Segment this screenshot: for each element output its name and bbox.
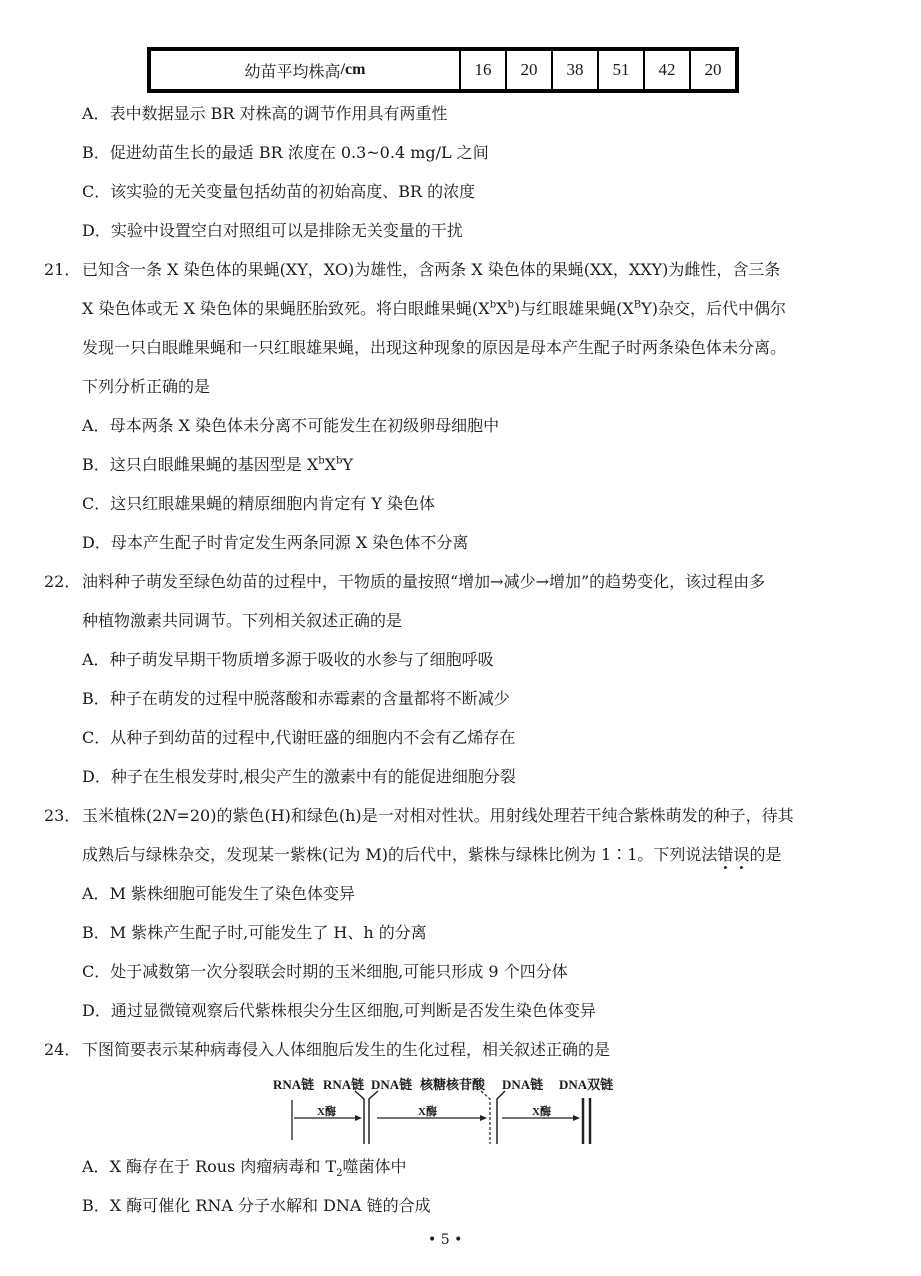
- q22-option-a: A．种子萌发早期干物质增多源于吸收的水参与了细胞呼吸: [82, 650, 494, 670]
- text: =20)的紫色(H)和绿色(h)是一对相对性状。用射线处理若干纯合紫株萌发的种子…: [176, 806, 793, 825]
- option-letter: B．: [82, 1196, 110, 1215]
- q23-stem-line1: 玉米植株(2N=20)的紫色(H)和绿色(h)是一对相对性状。用射线处理若干纯合…: [82, 806, 794, 826]
- emphasized-char: 误: [733, 845, 749, 864]
- page-number: • 5 •: [428, 1232, 462, 1248]
- option-letter: D．: [82, 533, 111, 552]
- q23-number: 23．: [44, 806, 80, 826]
- option-letter: D．: [82, 1001, 111, 1020]
- q21-option-b: B．这只白眼雌果蝇的基因型是 XbXbY: [82, 455, 353, 475]
- option-text: M 紫株细胞可能发生了染色体变异: [110, 884, 355, 903]
- text: 成熟后与绿株杂交，发现某一紫株(记为 M)的后代中，紫株与绿株比例为 1∶1。下…: [82, 845, 717, 864]
- q22-option-c: C．从种子到幼苗的过程中,代谢旺盛的细胞内不会有乙烯存在: [82, 728, 515, 748]
- plant-height-table: 幼苗平均株高/cm 16 20 38 51 42 20: [147, 47, 739, 93]
- table-label-text: 幼苗平均株高: [245, 59, 341, 82]
- q24-stem: 下图简要表示某种病毒侵入人体细胞后发生的生化过程，相关叙述正确的是: [82, 1040, 610, 1060]
- option-text: 处于减数第一次分裂联会时期的玉米细胞,可能只形成 9 个四分体: [110, 962, 567, 981]
- option-letter: A．: [82, 1157, 110, 1176]
- q22-stem-line1: 油料种子萌发至绿色幼苗的过程中，干物质的量按照“增加→减少→增加”的趋势变化，该…: [82, 572, 765, 592]
- q23-option-d: D．通过显微镜观察后代紫株根尖分生区细胞,可判断是否发生染色体变异: [82, 1001, 596, 1021]
- table-cell: 20: [505, 51, 551, 89]
- q21-option-c: C．这只红眼雄果蝇的精原细胞内肯定有 Y 染色体: [82, 494, 435, 514]
- table-cell: 42: [643, 51, 689, 89]
- option-text: X 酶可催化 RNA 分子水解和 DNA 链的合成: [110, 1196, 431, 1215]
- q24-option-a: A．X 酶存在于 Rous 肉瘤病毒和 T2噬菌体中: [82, 1157, 407, 1177]
- q21-stem-line1: 已知含一条 X 染色体的果蝇(XY，XO)为雄性，含两条 X 染色体的果蝇(XX…: [82, 260, 780, 280]
- option-letter: C．: [82, 182, 110, 201]
- option-text: M 紫株产生配子时,可能发生了 H、h 的分离: [110, 923, 427, 942]
- option-text: 种子萌发早期干物质增多源于吸收的水参与了细胞呼吸: [110, 650, 494, 669]
- option-text: 促进幼苗生长的最适 BR 浓度在 0.3~0.4 mg/L 之间: [110, 143, 489, 162]
- option-text: 噬菌体中: [343, 1157, 407, 1176]
- table-cell: 20: [689, 51, 735, 89]
- option-text: 这只红眼雄果蝇的精原细胞内肯定有 Y 染色体: [110, 494, 435, 513]
- q21-option-d: D．母本产生配子时肯定发生两条同源 X 染色体不分离: [82, 533, 468, 553]
- option-letter: C．: [82, 728, 110, 747]
- option-letter: B．: [82, 689, 110, 708]
- q22-stem-line2: 种植物激素共同调节。下列相关叙述正确的是: [82, 611, 402, 631]
- q22-number: 22．: [44, 572, 80, 592]
- option-letter: A．: [82, 104, 110, 123]
- option-letter: C．: [82, 494, 110, 513]
- q20-option-b: B．促进幼苗生长的最适 BR 浓度在 0.3~0.4 mg/L 之间: [82, 143, 489, 163]
- text: 的是: [749, 845, 781, 864]
- q21-stem-line2: X 染色体或无 X 染色体的果蝇胚胎致死。将白眼雌果蝇(XbXb)与红眼雄果蝇(…: [82, 299, 786, 319]
- q22-option-b: B．种子在萌发的过程中脱落酸和赤霉素的含量都将不断减少: [82, 689, 510, 709]
- q23-option-c: C．处于减数第一次分裂联会时期的玉米细胞,可能只形成 9 个四分体: [82, 962, 568, 982]
- option-text: 通过显微镜观察后代紫株根尖分生区细胞,可判断是否发生染色体变异: [111, 1001, 596, 1020]
- diagram-lines: [265, 1072, 625, 1147]
- option-letter: B．: [82, 143, 110, 162]
- option-letter: A．: [82, 416, 110, 435]
- q21-stem-line4: 下列分析正确的是: [82, 377, 210, 397]
- q21-option-a: A．母本两条 X 染色体未分离不可能发生在初级卵母细胞中: [82, 416, 499, 436]
- q23-stem-line2: 成熟后与绿株杂交，发现某一紫株(记为 M)的后代中，紫株与绿株比例为 1∶1。下…: [82, 845, 781, 865]
- table-cell: 38: [551, 51, 597, 89]
- q20-option-d: D．实验中设置空白对照组可以是排除无关变量的干扰: [82, 221, 463, 241]
- option-letter: B．: [82, 455, 110, 474]
- option-text: 该实验的无关变量包括幼苗的初始高度、BR 的浓度: [110, 182, 475, 201]
- option-text: X: [325, 455, 336, 474]
- table-row-label: 幼苗平均株高/cm: [151, 51, 459, 89]
- option-letter: A．: [82, 650, 110, 669]
- table-cell: 16: [459, 51, 505, 89]
- option-text: 这只白眼雌果蝇的基因型是 X: [110, 455, 318, 474]
- option-text: 表中数据显示 BR 对株高的调节作用具有两重性: [110, 104, 448, 123]
- option-text: 种子在萌发的过程中脱落酸和赤霉素的含量都将不断减少: [110, 689, 510, 708]
- q21-stem-line3: 发现一只白眼雌果蝇和一只红眼雄果蝇，出现这种现象的原因是母本产生配子时两条染色体…: [82, 338, 786, 358]
- q24-number: 24．: [44, 1040, 80, 1060]
- option-text: 种子在生根发芽时,根尖产生的激素中有的能促进细胞分裂: [111, 767, 516, 786]
- option-text: X 酶存在于 Rous 肉瘤病毒和 T: [110, 1157, 337, 1176]
- q20-option-a: A．表中数据显示 BR 对株高的调节作用具有两重性: [82, 104, 448, 124]
- q22-option-d: D．种子在生根发芽时,根尖产生的激素中有的能促进细胞分裂: [82, 767, 516, 787]
- option-text: 实验中设置空白对照组可以是排除无关变量的干扰: [111, 221, 463, 240]
- text: X: [496, 299, 507, 318]
- emphasized-char: 错: [717, 845, 733, 864]
- option-letter: C．: [82, 962, 110, 981]
- reverse-transcription-diagram: RNA链 RNA链 DNA链 核糖核苷酸 DNA链 DNA双链 X酶 X酶 X酶: [265, 1072, 625, 1147]
- text: 玉米植株(2: [82, 806, 162, 825]
- option-text: 从种子到幼苗的过程中,代谢旺盛的细胞内不会有乙烯存在: [110, 728, 515, 747]
- q20-option-c: C．该实验的无关变量包括幼苗的初始高度、BR 的浓度: [82, 182, 475, 202]
- option-letter: B．: [82, 923, 110, 942]
- option-letter: A．: [82, 884, 110, 903]
- text: X 染色体或无 X 染色体的果蝇胚胎致死。将白眼雌果蝇(X: [82, 299, 490, 318]
- q21-number: 21．: [44, 260, 80, 280]
- option-text: 母本产生配子时肯定发生两条同源 X 染色体不分离: [111, 533, 469, 552]
- table-cell: 51: [597, 51, 643, 89]
- text: Y)杂交，后代中偶尔: [641, 299, 786, 318]
- q23-option-b: B．M 紫株产生配子时,可能发生了 H、h 的分离: [82, 923, 427, 943]
- q24-option-b: B．X 酶可催化 RNA 分子水解和 DNA 链的合成: [82, 1196, 431, 1216]
- option-letter: D．: [82, 767, 111, 786]
- text: )与红眼雄果蝇(X: [514, 299, 634, 318]
- option-letter: D．: [82, 221, 111, 240]
- italic-n: N: [162, 806, 176, 825]
- option-text: 母本两条 X 染色体未分离不可能发生在初级卵母细胞中: [110, 416, 500, 435]
- q23-option-a: A．M 紫株细胞可能发生了染色体变异: [82, 884, 355, 904]
- table-unit: /cm: [341, 61, 366, 79]
- option-text: Y: [342, 455, 353, 474]
